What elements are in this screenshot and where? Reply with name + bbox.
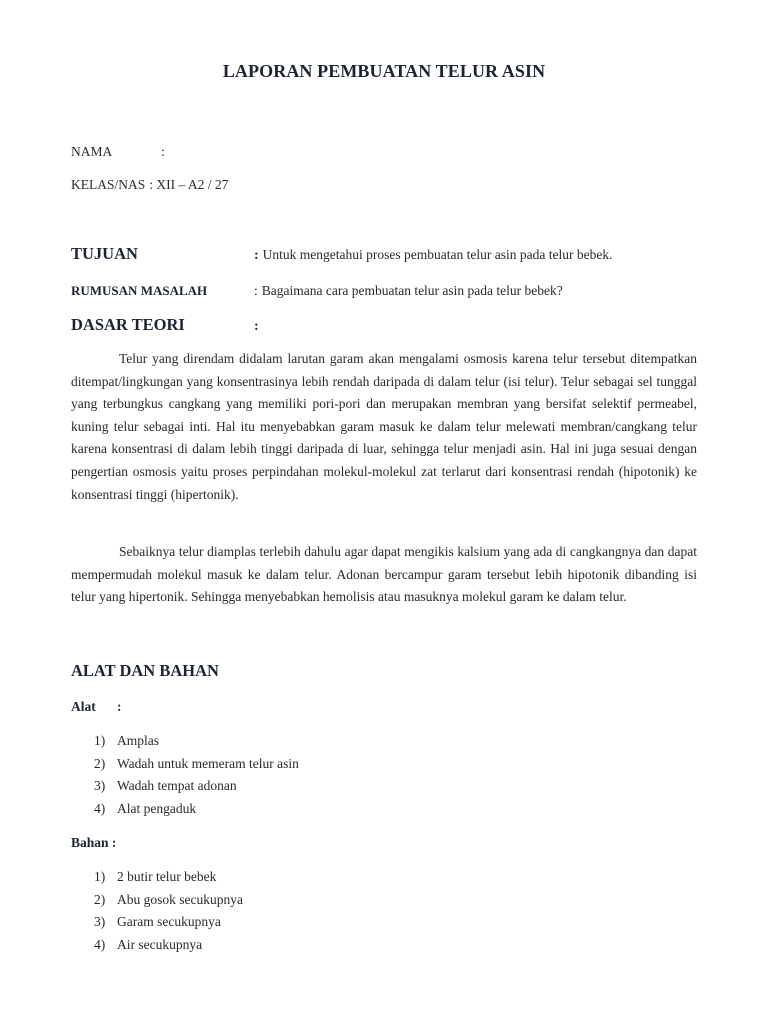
list-number: 2)	[94, 889, 117, 912]
tujuan-colon: :	[254, 248, 259, 263]
list-item: 4)Alat pengaduk	[94, 798, 299, 821]
list-item: 4)Air secukupnya	[94, 934, 243, 957]
tujuan-heading: TUJUAN	[71, 244, 254, 264]
tujuan-text: Untuk mengetahui proses pembuatan telur …	[263, 247, 613, 262]
bahan-list: 1)2 butir telur bebek 2)Abu gosok secuku…	[94, 866, 243, 957]
list-number: 3)	[94, 911, 117, 934]
list-text: Air secukupnya	[117, 937, 202, 952]
list-number: 1)	[94, 866, 117, 889]
dasar-teori-paragraph-1: Telur yang direndam didalam larutan gara…	[71, 348, 697, 506]
bahan-label: Bahan :	[71, 835, 116, 851]
list-text: Abu gosok secukupnya	[117, 892, 243, 907]
list-text: 2 butir telur bebek	[117, 869, 216, 884]
dasar-teori-section: DASAR TEORI:	[71, 315, 711, 335]
nama-label: NAMA	[71, 144, 161, 160]
list-text: Alat pengaduk	[117, 801, 196, 816]
list-number: 2)	[94, 753, 117, 776]
list-text: Wadah untuk memeram telur asin	[117, 756, 299, 771]
dasar-teori-colon: :	[254, 319, 259, 334]
list-number: 4)	[94, 934, 117, 957]
list-text: Garam secukupnya	[117, 914, 221, 929]
rumusan-colon: :	[254, 283, 258, 298]
list-item: 2)Abu gosok secukupnya	[94, 889, 243, 912]
alat-label-row: Alat:	[71, 699, 122, 715]
nama-field: NAMA:	[71, 144, 165, 160]
alat-list: 1)Amplas 2)Wadah untuk memeram telur asi…	[94, 730, 299, 821]
kelas-field: KELAS/NAS: XII – A2 / 27	[71, 177, 228, 193]
rumusan-text: Bagaimana cara pembuatan telur asin pada…	[262, 283, 563, 298]
alat-colon: :	[117, 699, 122, 714]
list-text: Amplas	[117, 733, 159, 748]
dasar-teori-heading: DASAR TEORI	[71, 315, 254, 335]
kelas-value: : XII – A2 / 27	[149, 177, 228, 192]
list-number: 4)	[94, 798, 117, 821]
list-item: 3)Garam secukupnya	[94, 911, 243, 934]
rumusan-heading: RUMUSAN MASALAH	[71, 283, 254, 299]
alat-bahan-heading: ALAT DAN BAHAN	[71, 661, 219, 681]
kelas-label: KELAS/NAS	[71, 177, 145, 193]
tujuan-section: TUJUAN: Untuk mengetahui proses pembuata…	[71, 244, 711, 264]
document-title: LAPORAN PEMBUATAN TELUR ASIN	[0, 61, 768, 82]
list-item: 3)Wadah tempat adonan	[94, 775, 299, 798]
rumusan-section: RUMUSAN MASALAH: Bagaimana cara pembuata…	[71, 282, 711, 300]
nama-separator: :	[161, 144, 165, 159]
list-number: 1)	[94, 730, 117, 753]
alat-label: Alat	[71, 699, 117, 715]
dasar-teori-paragraph-2: Sebaiknya telur diamplas terlebih dahulu…	[71, 541, 697, 609]
list-text: Wadah tempat adonan	[117, 778, 237, 793]
list-item: 1)Amplas	[94, 730, 299, 753]
list-item: 2)Wadah untuk memeram telur asin	[94, 753, 299, 776]
list-number: 3)	[94, 775, 117, 798]
list-item: 1)2 butir telur bebek	[94, 866, 243, 889]
